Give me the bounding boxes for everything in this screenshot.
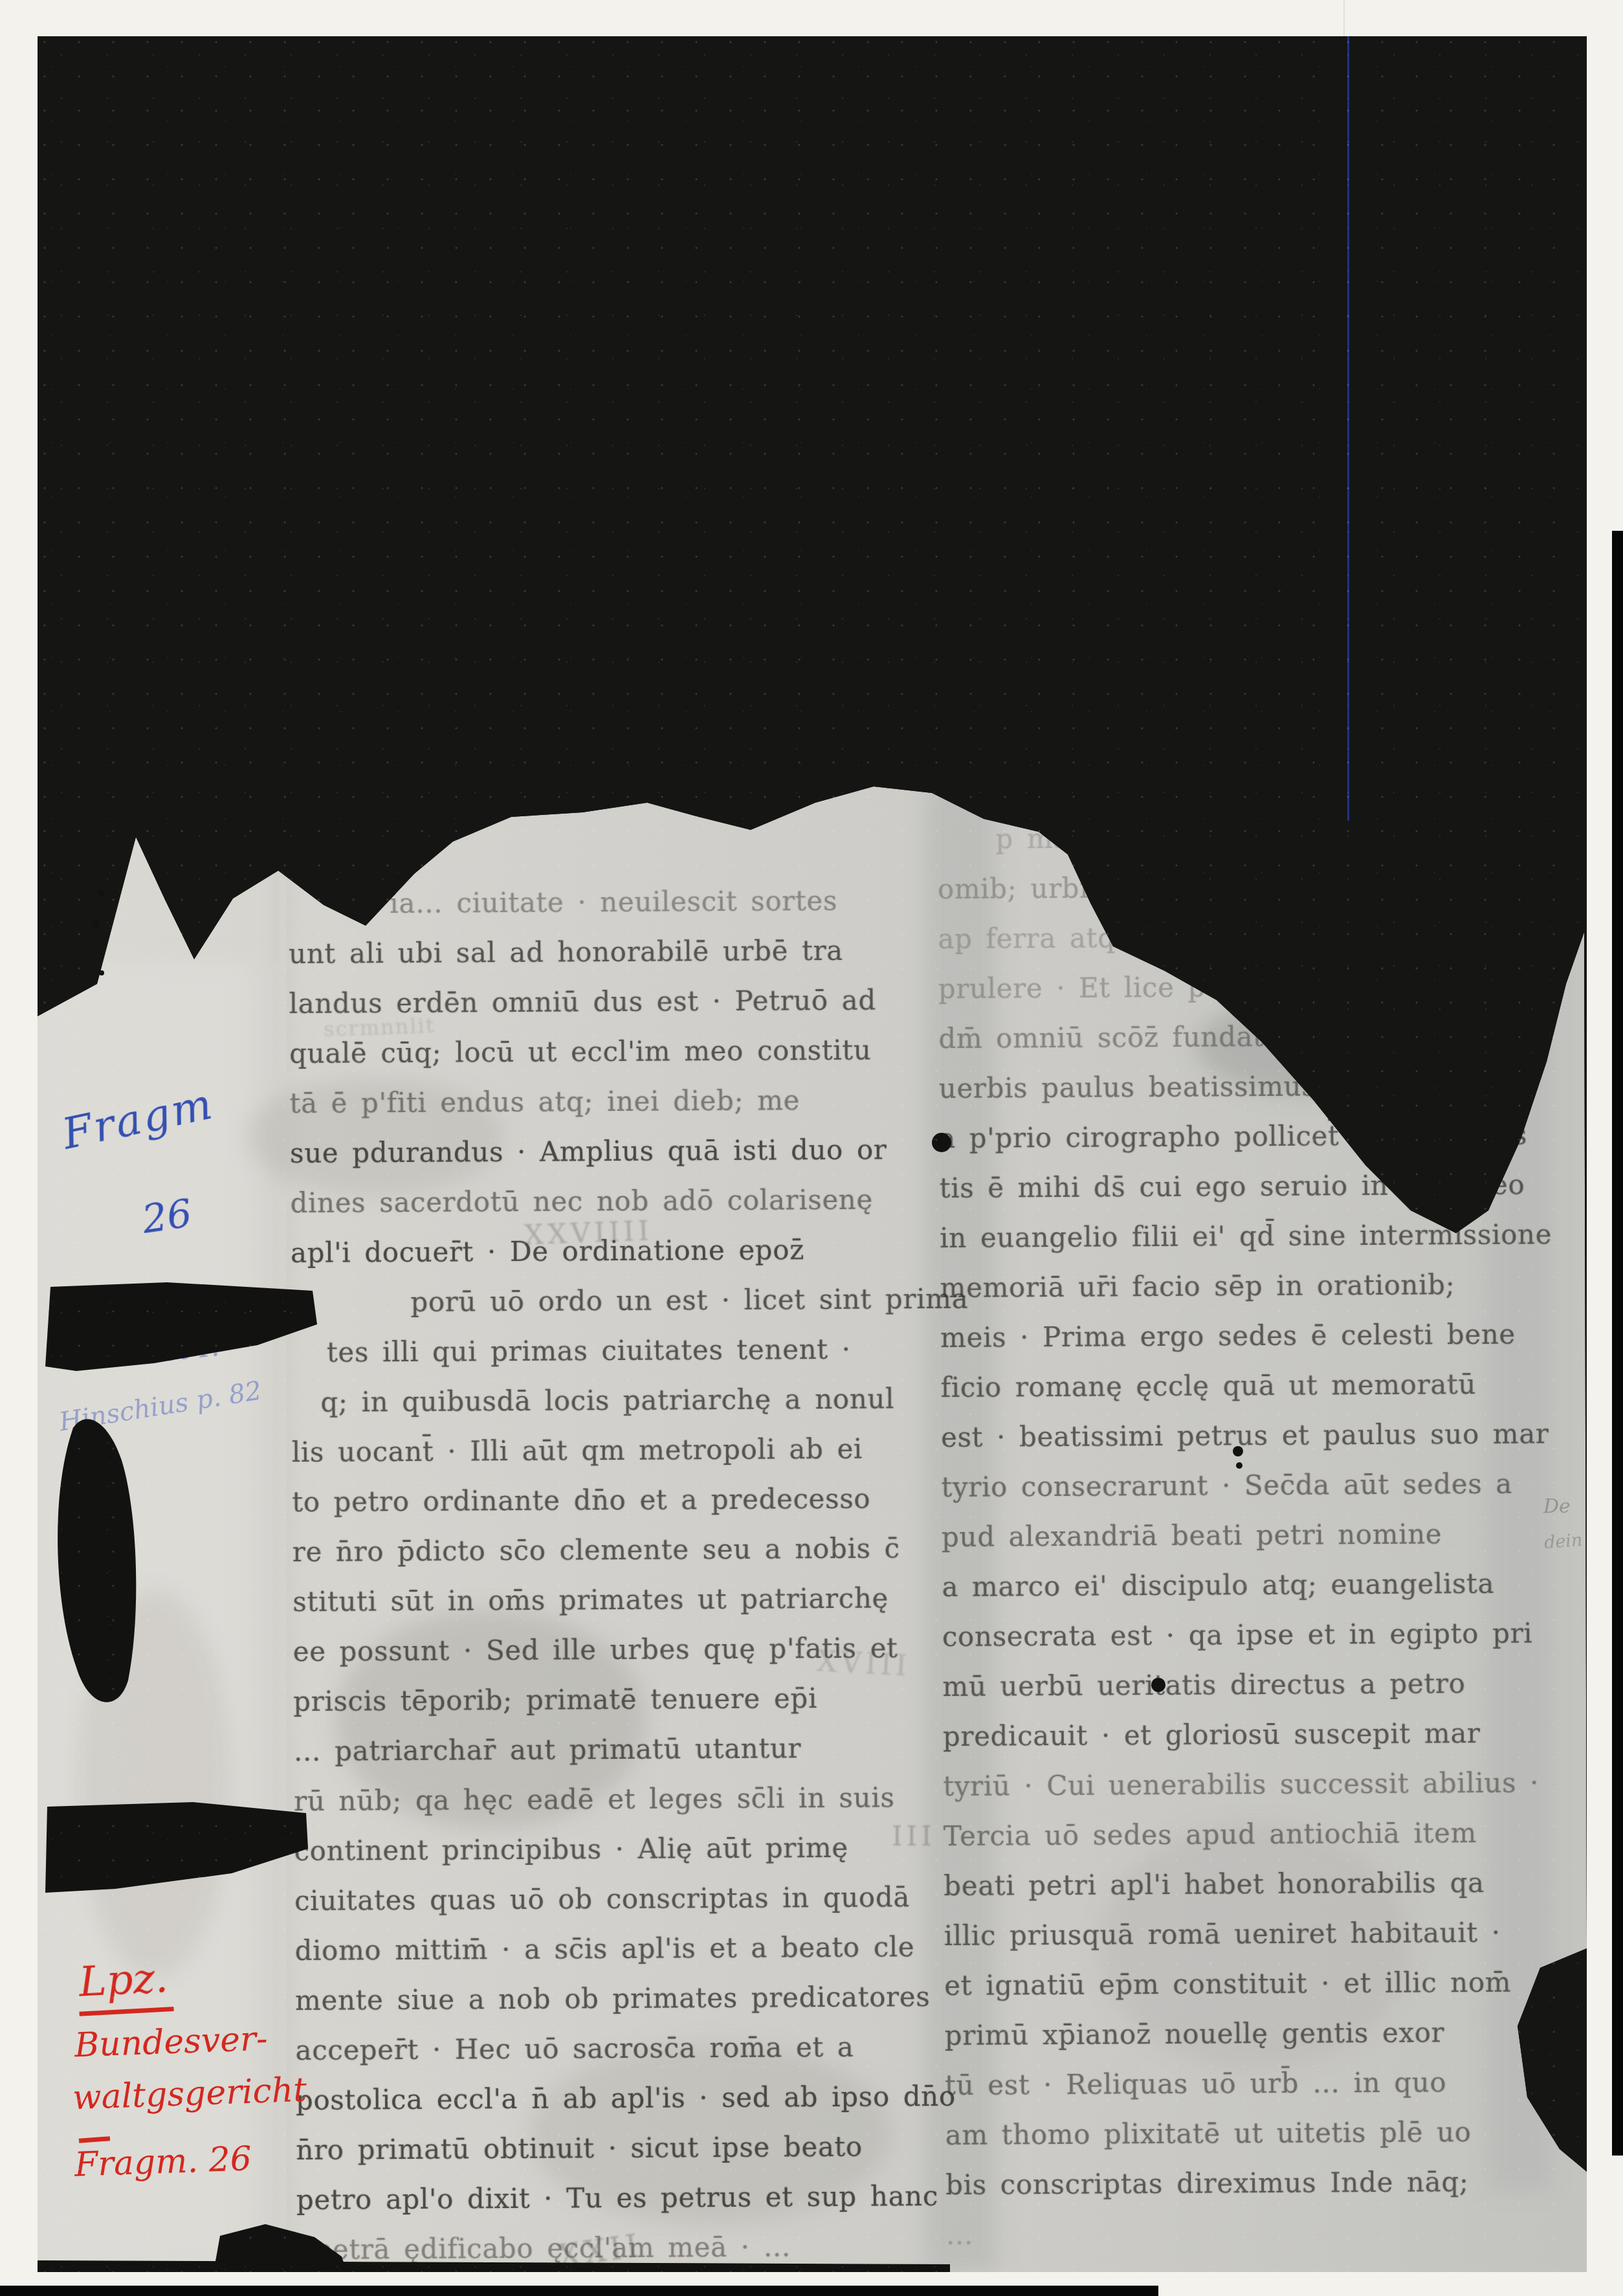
blue-scratch-line bbox=[1347, 36, 1349, 821]
photo-card-scan: n ia… ciuitate · neuilescit sortesunt al… bbox=[0, 0, 1623, 2296]
ink-blot bbox=[1233, 1446, 1243, 1456]
scan-edge-right bbox=[1612, 531, 1623, 2156]
small-hole bbox=[1151, 1678, 1165, 1692]
scan-edge-bottom bbox=[0, 2286, 1158, 2296]
paper-border-crease bbox=[1343, 0, 1345, 38]
photograph: n ia… ciuitate · neuilescit sortesunt al… bbox=[38, 36, 1587, 2272]
hole-large-left bbox=[58, 1419, 136, 1702]
photo-backdrop bbox=[38, 36, 1587, 2272]
tear-bottom-strip bbox=[38, 2260, 950, 2272]
backdrop-layer bbox=[38, 36, 1587, 2272]
small-hole bbox=[932, 1133, 951, 1152]
hole-band-upper bbox=[45, 1282, 317, 1371]
hole-band-lower bbox=[45, 1802, 308, 1893]
